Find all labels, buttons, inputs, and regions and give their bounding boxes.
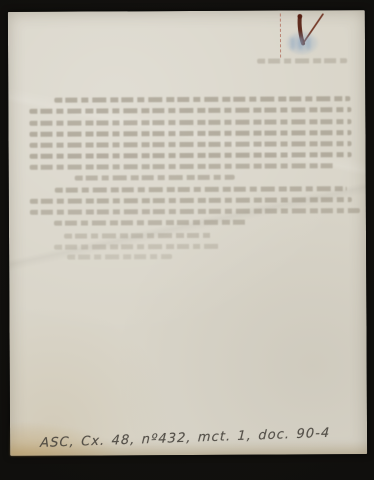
ghost-text-line: [30, 141, 352, 147]
scan-background: ASC, Cx. 48, nº432, mct. 1, doc. 90-4: [0, 0, 374, 480]
ghost-text-line: [30, 208, 360, 214]
ghost-text-line: [67, 254, 172, 259]
ghost-text-line: [54, 96, 350, 102]
ghost-text-block: [8, 10, 367, 456]
ghost-text-line: [54, 244, 219, 249]
ghost-text-line: [64, 233, 214, 238]
ghost-text-line: [29, 119, 351, 125]
ghost-text-line: [55, 186, 347, 192]
ghost-text-line: [75, 175, 235, 180]
ghost-text-line: [29, 107, 351, 113]
ghost-text-line: [30, 163, 335, 169]
ghost-text-line: [30, 197, 352, 203]
ghost-text-line: [30, 152, 352, 158]
ghost-text-line: [29, 130, 351, 136]
document-page: ASC, Cx. 48, nº432, mct. 1, doc. 90-4: [8, 10, 367, 456]
ghost-text-line: [54, 220, 249, 226]
ghost-text-line: [257, 58, 347, 63]
